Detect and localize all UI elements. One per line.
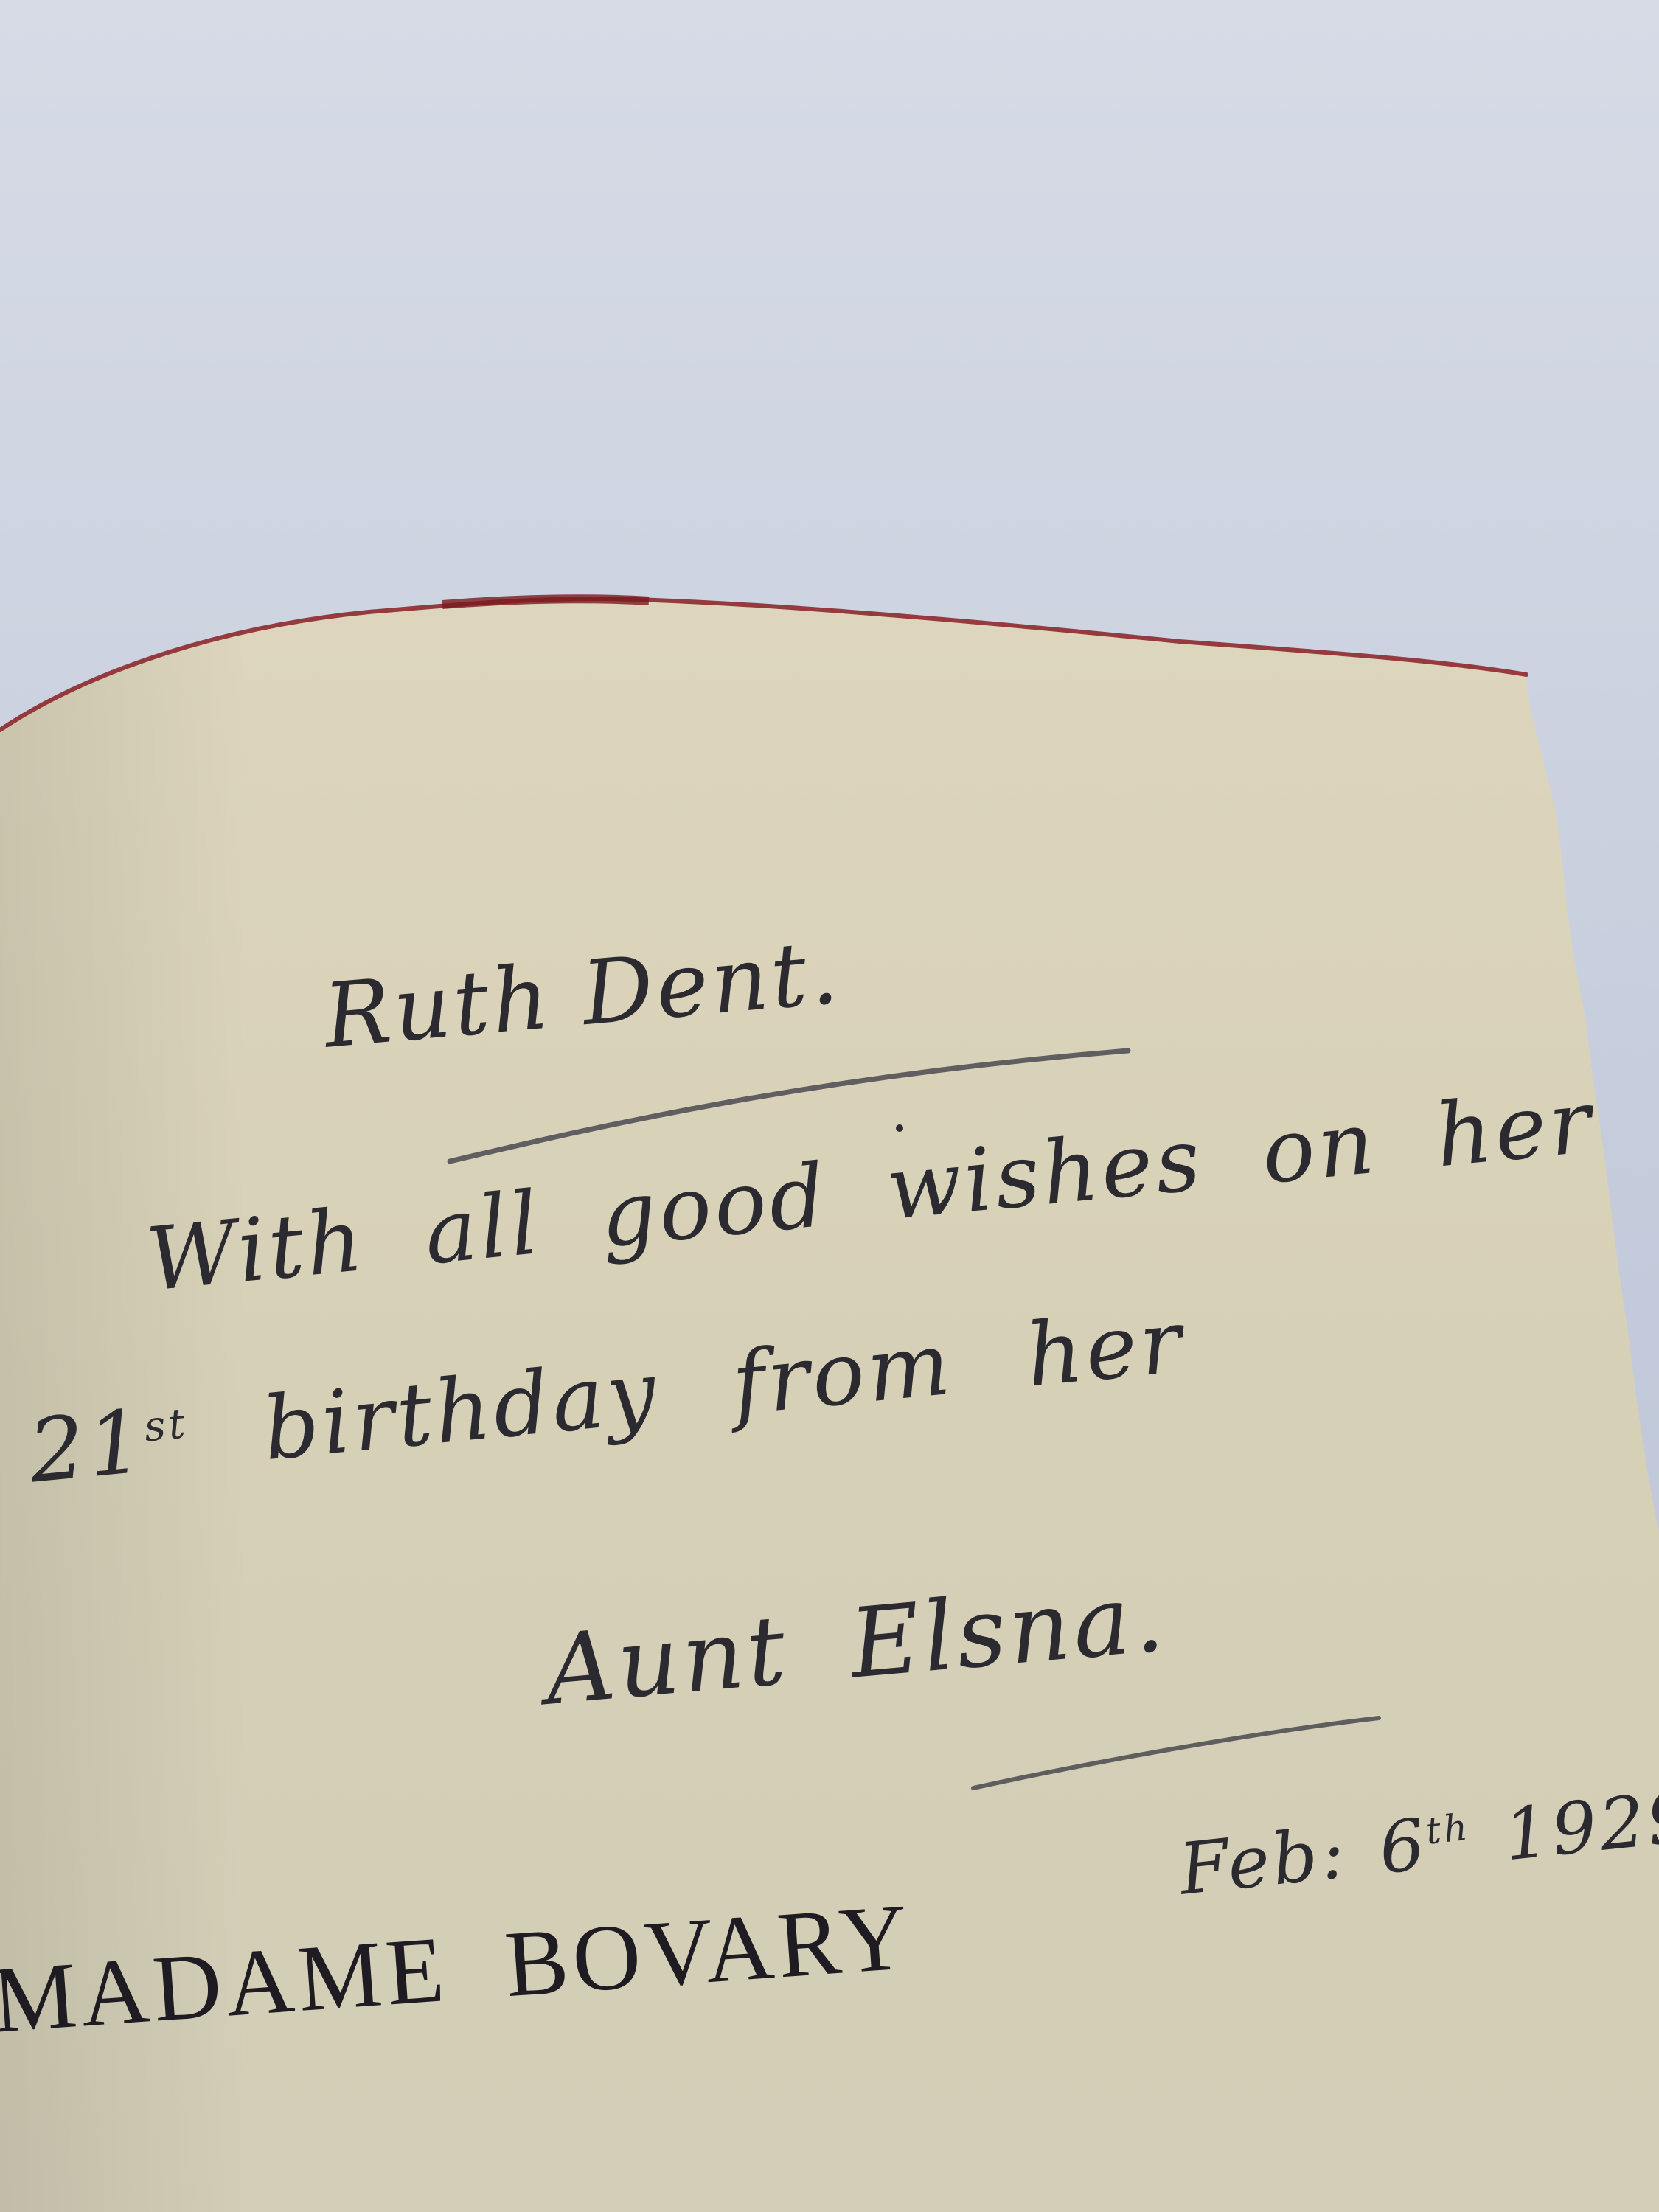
ordinal-suffix: st xyxy=(142,1399,190,1451)
ordinal-number: 21 xyxy=(24,1390,150,1503)
date-day: 6 xyxy=(1375,1803,1431,1890)
date-month: Feb: xyxy=(1175,1811,1351,1910)
date-day-suffix: th xyxy=(1424,1806,1472,1853)
photo-scene: Ruth Dent. With all good wishes on her 2… xyxy=(0,0,1659,2212)
